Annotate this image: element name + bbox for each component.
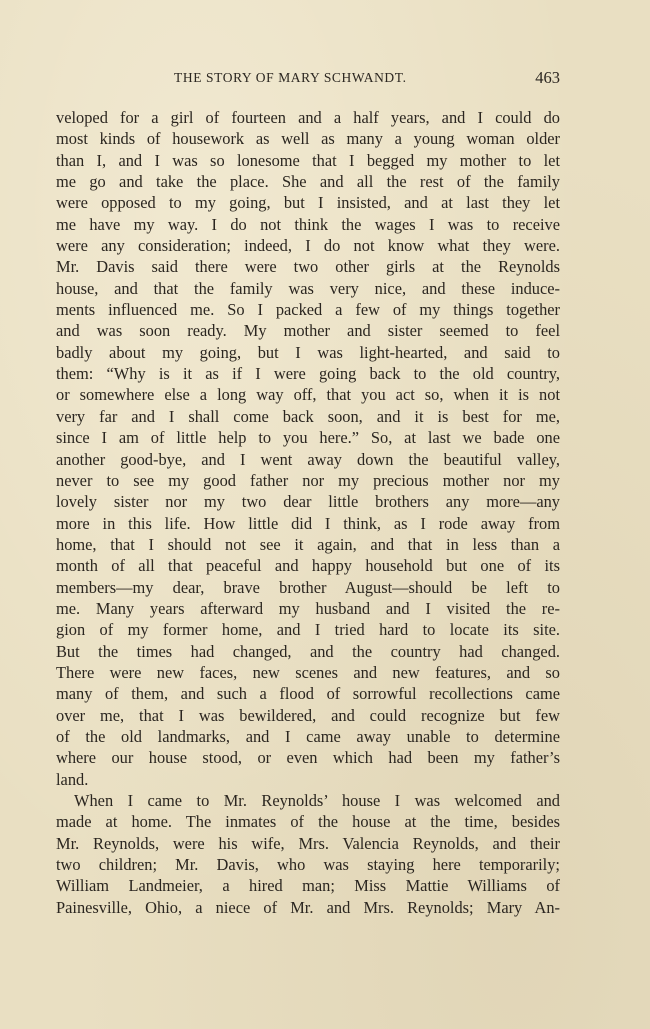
text-line: where our house stood, or even which had… bbox=[56, 747, 560, 768]
text-line: of the old landmarks, and I came away un… bbox=[56, 726, 560, 747]
text-line: house, and that the family was very nice… bbox=[56, 278, 560, 299]
paragraph-end-line: land. bbox=[56, 769, 560, 790]
running-title: THE STORY OF MARY SCHWANDT. bbox=[174, 70, 407, 86]
text-line: ments influenced me. So I packed a few o… bbox=[56, 299, 560, 320]
page-number: 463 bbox=[535, 68, 560, 88]
text-line: never to see my good father nor my preci… bbox=[56, 470, 560, 491]
text-line: gion of my former home, and I tried hard… bbox=[56, 619, 560, 640]
text-line: Mr. Davis said there were two other girl… bbox=[56, 256, 560, 277]
text-line: badly about my going, but I was light-he… bbox=[56, 342, 560, 363]
text-line: lovely sister nor my two dear little bro… bbox=[56, 491, 560, 512]
text-line: veloped for a girl of fourteen and a hal… bbox=[56, 107, 560, 128]
text-line: or somewhere else a long way off, that y… bbox=[56, 384, 560, 405]
text-line: another good-bye, and I went away down t… bbox=[56, 449, 560, 470]
text-line: Painesville, Ohio, a niece of Mr. and Mr… bbox=[56, 897, 560, 918]
text-line: month of all that peaceful and happy hou… bbox=[56, 555, 560, 576]
text-line: very far and I shall come back soon, and… bbox=[56, 406, 560, 427]
text-line: home, that I should not see it again, an… bbox=[56, 534, 560, 555]
text-line: made at home. The inmates of the house a… bbox=[56, 811, 560, 832]
text-line: me. Many years afterward my husband and … bbox=[56, 598, 560, 619]
text-line: But the times had changed, and the count… bbox=[56, 641, 560, 662]
paragraph-start-line: When I came to Mr. Reynolds’ house I was… bbox=[56, 790, 560, 811]
text-line: more in this life. How little did I thin… bbox=[56, 513, 560, 534]
body-text: veloped for a girl of fourteen and a hal… bbox=[56, 107, 560, 918]
text-line: over me, that I was bewildered, and coul… bbox=[56, 705, 560, 726]
text-line: me go and take the place. She and all th… bbox=[56, 171, 560, 192]
text-line: were any consideration; indeed, I do not… bbox=[56, 235, 560, 256]
text-line: most kinds of housework as well as many … bbox=[56, 128, 560, 149]
text-line: Mr. Reynolds, were his wife, Mrs. Valenc… bbox=[56, 833, 560, 854]
text-line: me have my way. I do not think the wages… bbox=[56, 214, 560, 235]
text-line: since I am of little help to you here.” … bbox=[56, 427, 560, 448]
text-line: them: “Why is it as if I were going back… bbox=[56, 363, 560, 384]
running-header: THE STORY OF MARY SCHWANDT. 463 bbox=[56, 70, 560, 92]
text-line: two children; Mr. Davis, who was staying… bbox=[56, 854, 560, 875]
text-line: There were new faces, new scenes and new… bbox=[56, 662, 560, 683]
text-line: many of them, and such a flood of sorrow… bbox=[56, 683, 560, 704]
text-line: and was soon ready. My mother and sister… bbox=[56, 320, 560, 341]
text-line: were opposed to my going, but I insisted… bbox=[56, 192, 560, 213]
text-line: members—my dear, brave brother August—sh… bbox=[56, 577, 560, 598]
text-line: than I, and I was so lonesome that I beg… bbox=[56, 150, 560, 171]
book-page: THE STORY OF MARY SCHWANDT. 463 veloped … bbox=[0, 0, 650, 1029]
text-line: William Landmeier, a hired man; Miss Mat… bbox=[56, 875, 560, 896]
